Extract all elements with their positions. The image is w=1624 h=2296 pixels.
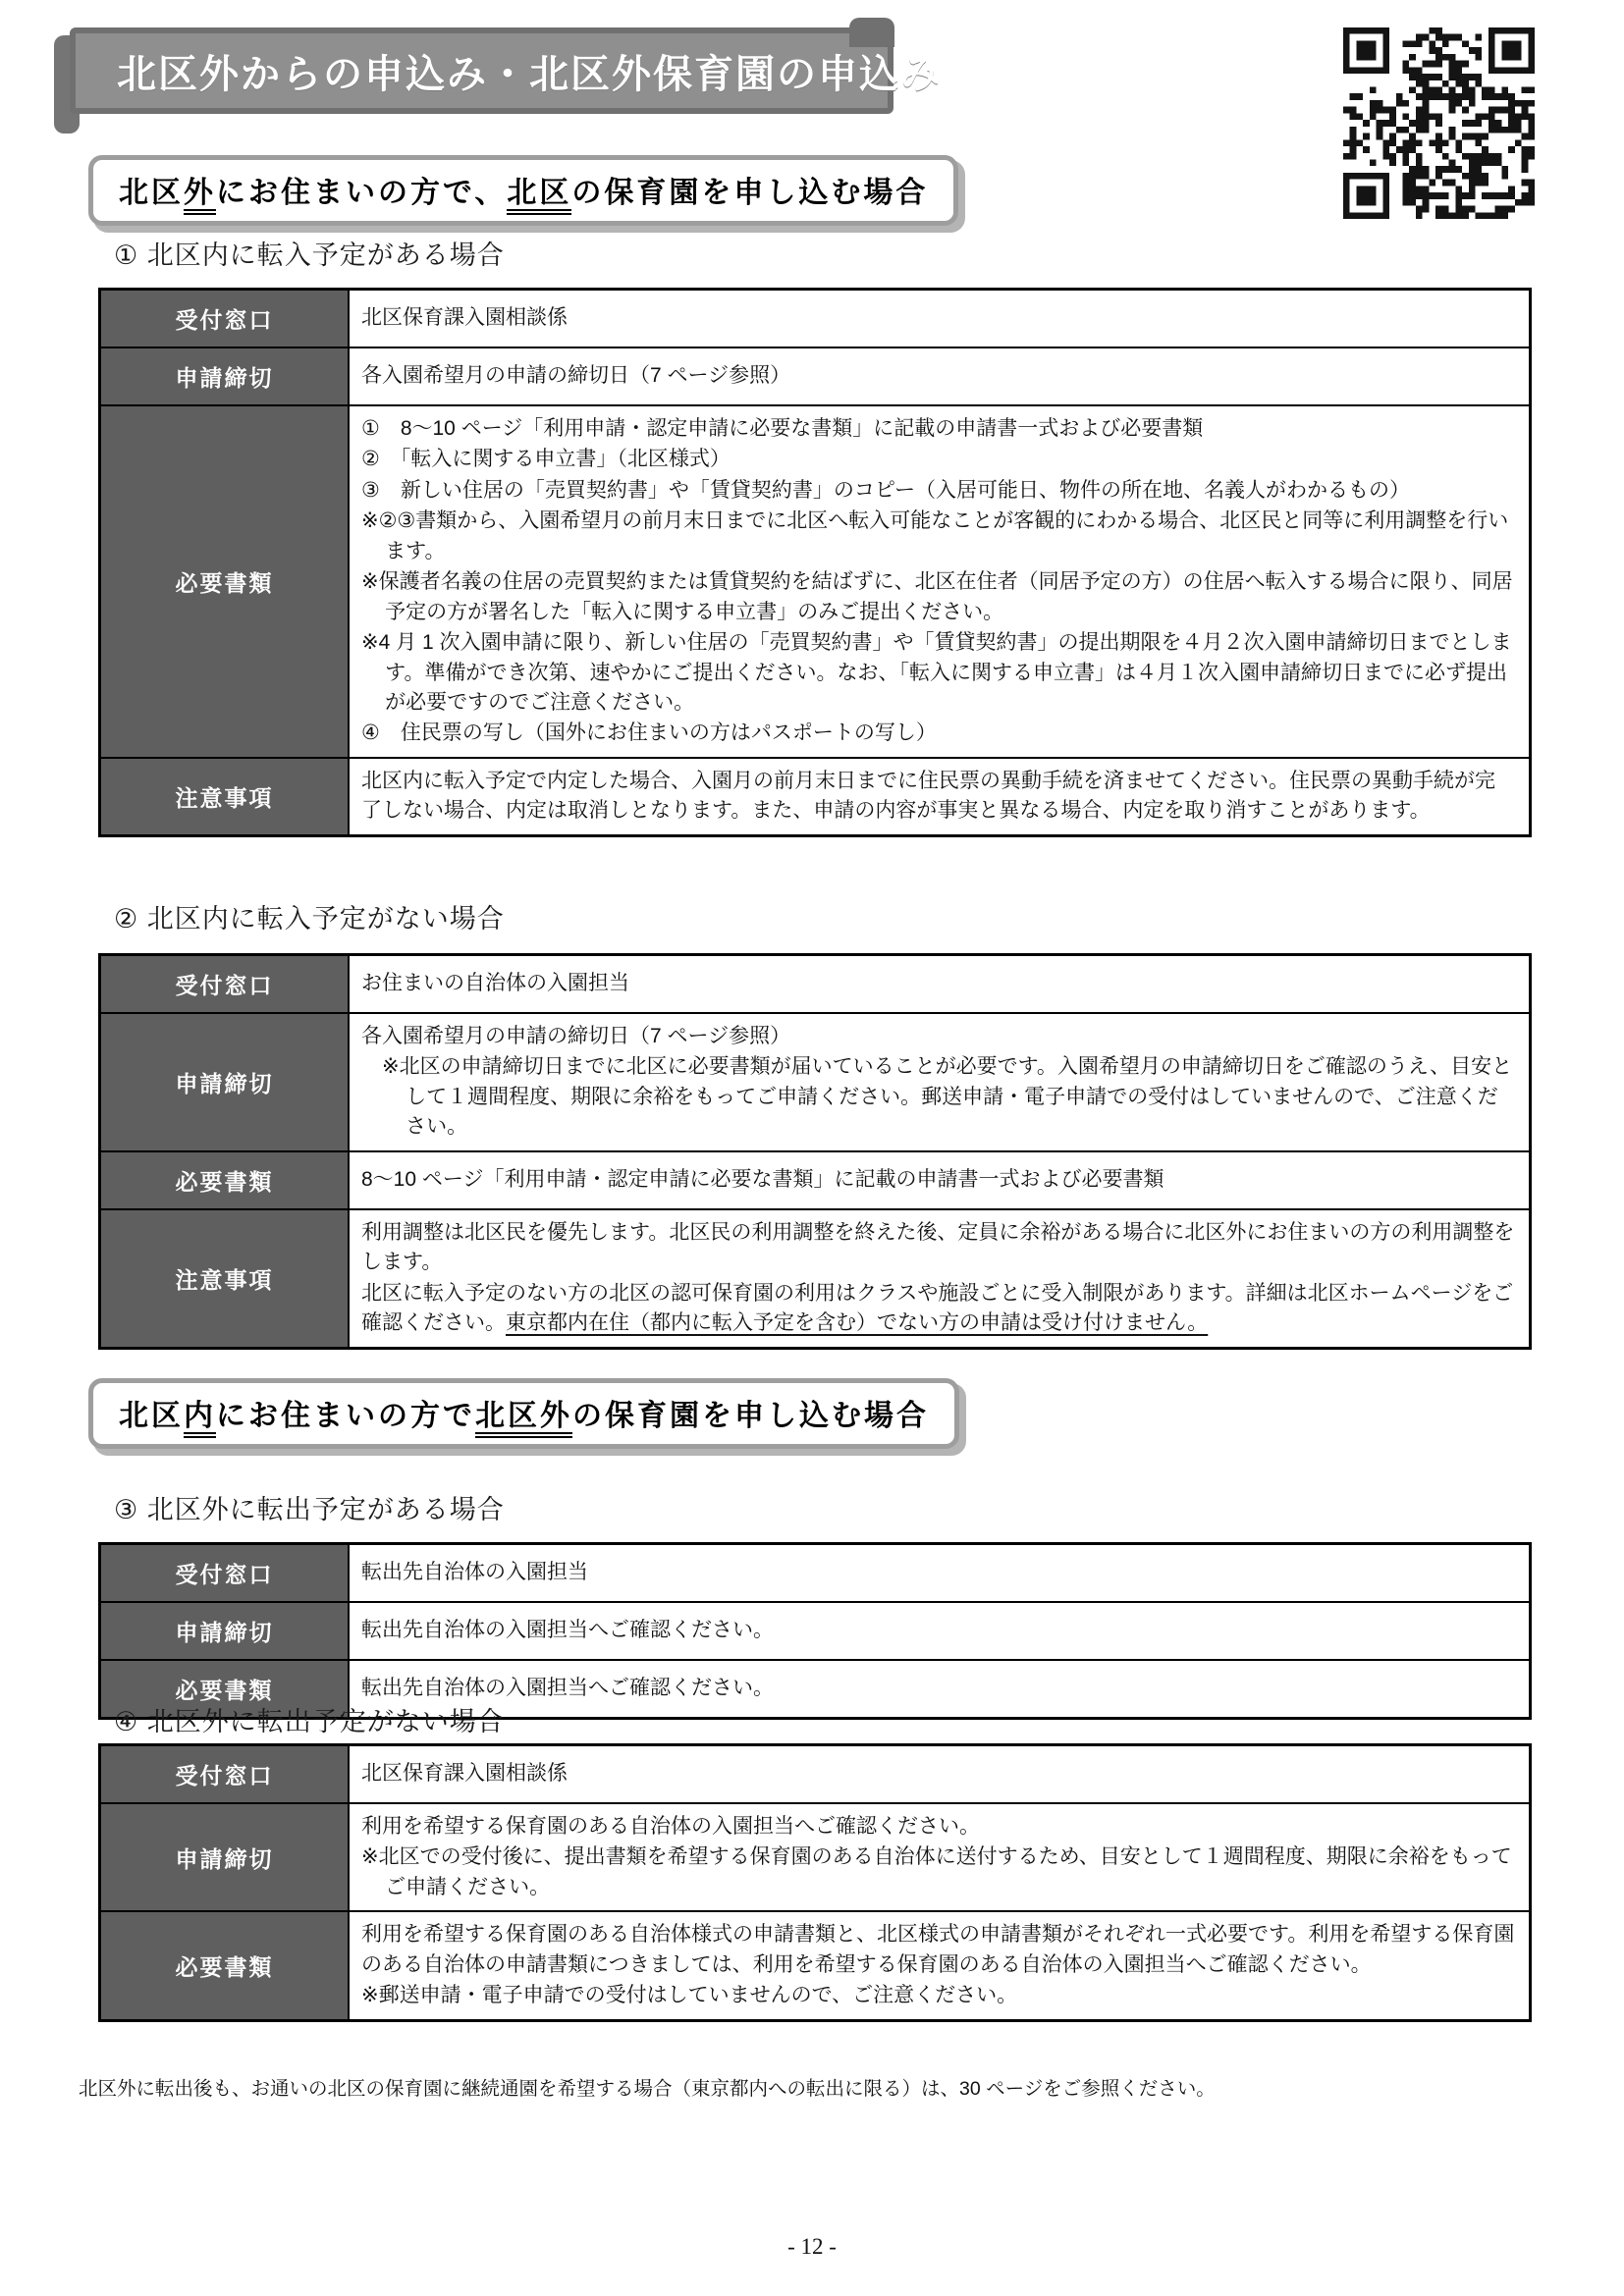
cell-notes: 北区内に転入予定で内定した場合、入園月の前月末日までに住民票の異動手続を済ませて…	[349, 758, 1531, 835]
table-row: 申請締切 転出先自治体の入園担当へご確認ください。	[100, 1602, 1531, 1660]
case3-heading: ③ 北区外に転出予定がある場合	[114, 1488, 505, 1526]
deadline-value: 各入園希望月の申請の締切日（7 ページ参照）	[361, 361, 1515, 391]
document-item: ④ 住民票の写し（国外にお住まいの方はパスポートの写し）	[361, 719, 1515, 748]
page-banner-title: 北区外からの申込み・北区外保育園の申込み	[117, 43, 942, 99]
document-note: ※4 月 1 次入園申請に限り、新しい住居の「売買契約書」や「賃貸契約書」の提出…	[361, 628, 1515, 718]
case2-heading: ② 北区内に転入予定がない場合	[114, 897, 505, 935]
notes-underlined-text: 東京都内在住（都内に転入予定を含む）でない方の申請は受け付けません。	[506, 1311, 1208, 1334]
documents-value: 転出先自治体の入園担当へご確認ください。	[361, 1674, 1515, 1703]
table-row: 申請締切 各入園希望月の申請の締切日（7 ページ参照） ※北区の申請締切日までに…	[100, 1013, 1531, 1151]
qr-code	[1343, 27, 1535, 219]
window-value: 北区保育課入園相談係	[361, 303, 1515, 333]
section2-title: 北区内にお住まいの方で北区外の保育園を申し込む場合	[88, 1378, 959, 1449]
window-value: お住まいの自治体の入園担当	[361, 969, 1515, 998]
cell-documents: 8～10 ページ「利用申請・認定申請に必要な書類」に記載の申請書一式および必要書…	[349, 1151, 1531, 1209]
document-item: ① 8～10 ページ「利用申請・認定申請に必要な書類」に記載の申請書一式および必…	[361, 414, 1515, 444]
table-row: 必要書類 ① 8～10 ページ「利用申請・認定申請に必要な書類」に記載の申請書一…	[100, 405, 1531, 758]
cell-deadline: 転出先自治体の入園担当へご確認ください。	[349, 1602, 1531, 1660]
section1-title: 北区外にお住まいの方で、北区の保育園を申し込む場合	[88, 155, 958, 226]
table-row: 注意事項 北区内に転入予定で内定した場合、入園月の前月末日までに住民票の異動手続…	[100, 758, 1531, 835]
row-header-window: 受付窓口	[100, 290, 350, 348]
table-row: 受付窓口 転出先自治体の入園担当	[100, 1544, 1531, 1603]
row-header-deadline: 申請締切	[100, 1602, 350, 1660]
case1-table: 受付窓口 北区保育課入園相談係 申請締切 各入園希望月の申請の締切日（7 ページ…	[98, 288, 1532, 837]
page-banner: 北区外からの申込み・北区外保育園の申込み	[54, 26, 893, 120]
row-header-window: 受付窓口	[100, 955, 350, 1014]
document-page: 北区外からの申込み・北区外保育園の申込み 北区外にお住まいの方で、北区の保育園を…	[0, 0, 1624, 2296]
case1-heading: ① 北区内に転入予定がある場合	[114, 234, 505, 272]
document-note: ※②③書類から、入園希望月の前月末日までに北区へ転入可能なことが客観的にわかる場…	[361, 507, 1515, 566]
row-header-window: 受付窓口	[100, 1544, 350, 1603]
table-row: 申請締切 各入園希望月の申請の締切日（7 ページ参照）	[100, 347, 1531, 405]
table-row: 注意事項 利用調整は北区民を優先します。北区民の利用調整を終えた後、定員に余裕が…	[100, 1209, 1531, 1348]
cell-documents: 利用を希望する保育園のある自治体様式の申請書類と、北区様式の申請書類がそれぞれ一…	[349, 1911, 1531, 2020]
row-header-deadline: 申請締切	[100, 1013, 350, 1151]
row-header-notes: 注意事項	[100, 758, 350, 835]
deadline-value: 利用を希望する保育園のある自治体の入園担当へご確認ください。	[361, 1812, 1515, 1842]
deadline-note: ※北区の申請締切日までに北区に必要書類が届いていることが必要です。入園希望月の申…	[382, 1052, 1515, 1142]
case3-table: 受付窓口 転出先自治体の入園担当 申請締切 転出先自治体の入園担当へご確認くださ…	[98, 1542, 1532, 1720]
window-value: 北区保育課入園相談係	[361, 1759, 1515, 1789]
notes-value: 北区内に転入予定で内定した場合、入園月の前月末日までに住民票の異動手続を済ませて…	[361, 767, 1515, 827]
row-header-documents: 必要書類	[100, 1911, 350, 2020]
section1-title-underlined: 外	[184, 177, 216, 215]
row-header-documents: 必要書類	[100, 405, 350, 758]
section2-title-underlined: 北区外	[475, 1400, 572, 1438]
table-row: 受付窓口 北区保育課入園相談係	[100, 290, 1531, 348]
cell-deadline: 利用を希望する保育園のある自治体の入園担当へご確認ください。 ※北区での受付後に…	[349, 1803, 1531, 1911]
notes-paragraph: 利用調整は北区民を優先します。北区民の利用調整を終えた後、定員に余裕がある場合に…	[361, 1218, 1515, 1278]
section2-title-text: 北区	[119, 1400, 184, 1432]
case4-table: 受付窓口 北区保育課入園相談係 申請締切 利用を希望する保育園のある自治体の入園…	[98, 1743, 1532, 2022]
row-header-notes: 注意事項	[100, 1209, 350, 1348]
cell-documents: ① 8～10 ページ「利用申請・認定申請に必要な書類」に記載の申請書一式および必…	[349, 405, 1531, 758]
page-number: - 12 -	[0, 2234, 1624, 2260]
banner-bar: 北区外からの申込み・北区外保育園の申込み	[70, 27, 893, 114]
documents-paragraph: 利用を希望する保育園のある自治体様式の申請書類と、北区様式の申請書類がそれぞれ一…	[361, 1920, 1515, 1980]
window-value: 転出先自治体の入園担当	[361, 1558, 1515, 1587]
table-row: 申請締切 利用を希望する保育園のある自治体の入園担当へご確認ください。 ※北区で…	[100, 1803, 1531, 1911]
cell-window: 北区保育課入園相談係	[349, 1745, 1531, 1804]
cell-documents: 転出先自治体の入園担当へご確認ください。	[349, 1660, 1531, 1719]
deadline-value: 各入園希望月の申請の締切日（7 ページ参照）	[361, 1022, 1515, 1051]
case2-table: 受付窓口 お住まいの自治体の入園担当 申請締切 各入園希望月の申請の締切日（7 …	[98, 953, 1532, 1350]
row-header-deadline: 申請締切	[100, 347, 350, 405]
row-header-deadline: 申請締切	[100, 1803, 350, 1911]
documents-value: 8～10 ページ「利用申請・認定申請に必要な書類」に記載の申請書一式および必要書…	[361, 1165, 1515, 1195]
section2-title-underlined: 内	[184, 1400, 216, 1438]
case4-heading: ④ 北区外に転出予定がない場合	[114, 1700, 505, 1738]
section1-title-text: 北区	[119, 177, 184, 209]
cell-window: 転出先自治体の入園担当	[349, 1544, 1531, 1603]
table-row: 受付窓口 お住まいの自治体の入園担当	[100, 955, 1531, 1014]
section1-title-underlined: 北区	[507, 177, 571, 215]
cell-window: 北区保育課入園相談係	[349, 290, 1531, 348]
notes-paragraph: 北区に転入予定のない方の北区の認可保育園の利用はクラスや施設ごとに受入制限があり…	[361, 1279, 1515, 1339]
deadline-note: ※北区での受付後に、提出書類を希望する保育園のある自治体に送付するため、目安とし…	[361, 1842, 1515, 1902]
cell-notes: 利用調整は北区民を優先します。北区民の利用調整を終えた後、定員に余裕がある場合に…	[349, 1209, 1531, 1348]
cell-deadline: 各入園希望月の申請の締切日（7 ページ参照）	[349, 347, 1531, 405]
deadline-value: 転出先自治体の入園担当へご確認ください。	[361, 1616, 1515, 1645]
cell-deadline: 各入園希望月の申請の締切日（7 ページ参照） ※北区の申請締切日までに北区に必要…	[349, 1013, 1531, 1151]
cell-window: お住まいの自治体の入園担当	[349, 955, 1531, 1014]
row-header-documents: 必要書類	[100, 1151, 350, 1209]
document-item: ② 「転入に関する申立書」（北区様式）	[361, 445, 1515, 474]
document-note: ※保護者名義の住居の売買契約または賃貸契約を結ばずに、北区在住者（同居予定の方）…	[361, 567, 1515, 627]
table-row: 受付窓口 北区保育課入園相談係	[100, 1745, 1531, 1804]
row-header-window: 受付窓口	[100, 1745, 350, 1804]
documents-note: ※郵送申請・電子申請での受付はしていませんので、ご注意ください。	[361, 1981, 1515, 2010]
document-item: ③ 新しい住居の「売買契約書」や「賃貸契約書」のコピー（入居可能日、物件の所在地…	[361, 476, 1515, 506]
table-row: 必要書類 8～10 ページ「利用申請・認定申請に必要な書類」に記載の申請書一式お…	[100, 1151, 1531, 1209]
footnote: 北区外に転出後も、お通いの北区の保育園に継続通園を希望する場合（東京都内への転出…	[79, 2073, 1551, 2101]
table-row: 必要書類 利用を希望する保育園のある自治体様式の申請書類と、北区様式の申請書類が…	[100, 1911, 1531, 2020]
